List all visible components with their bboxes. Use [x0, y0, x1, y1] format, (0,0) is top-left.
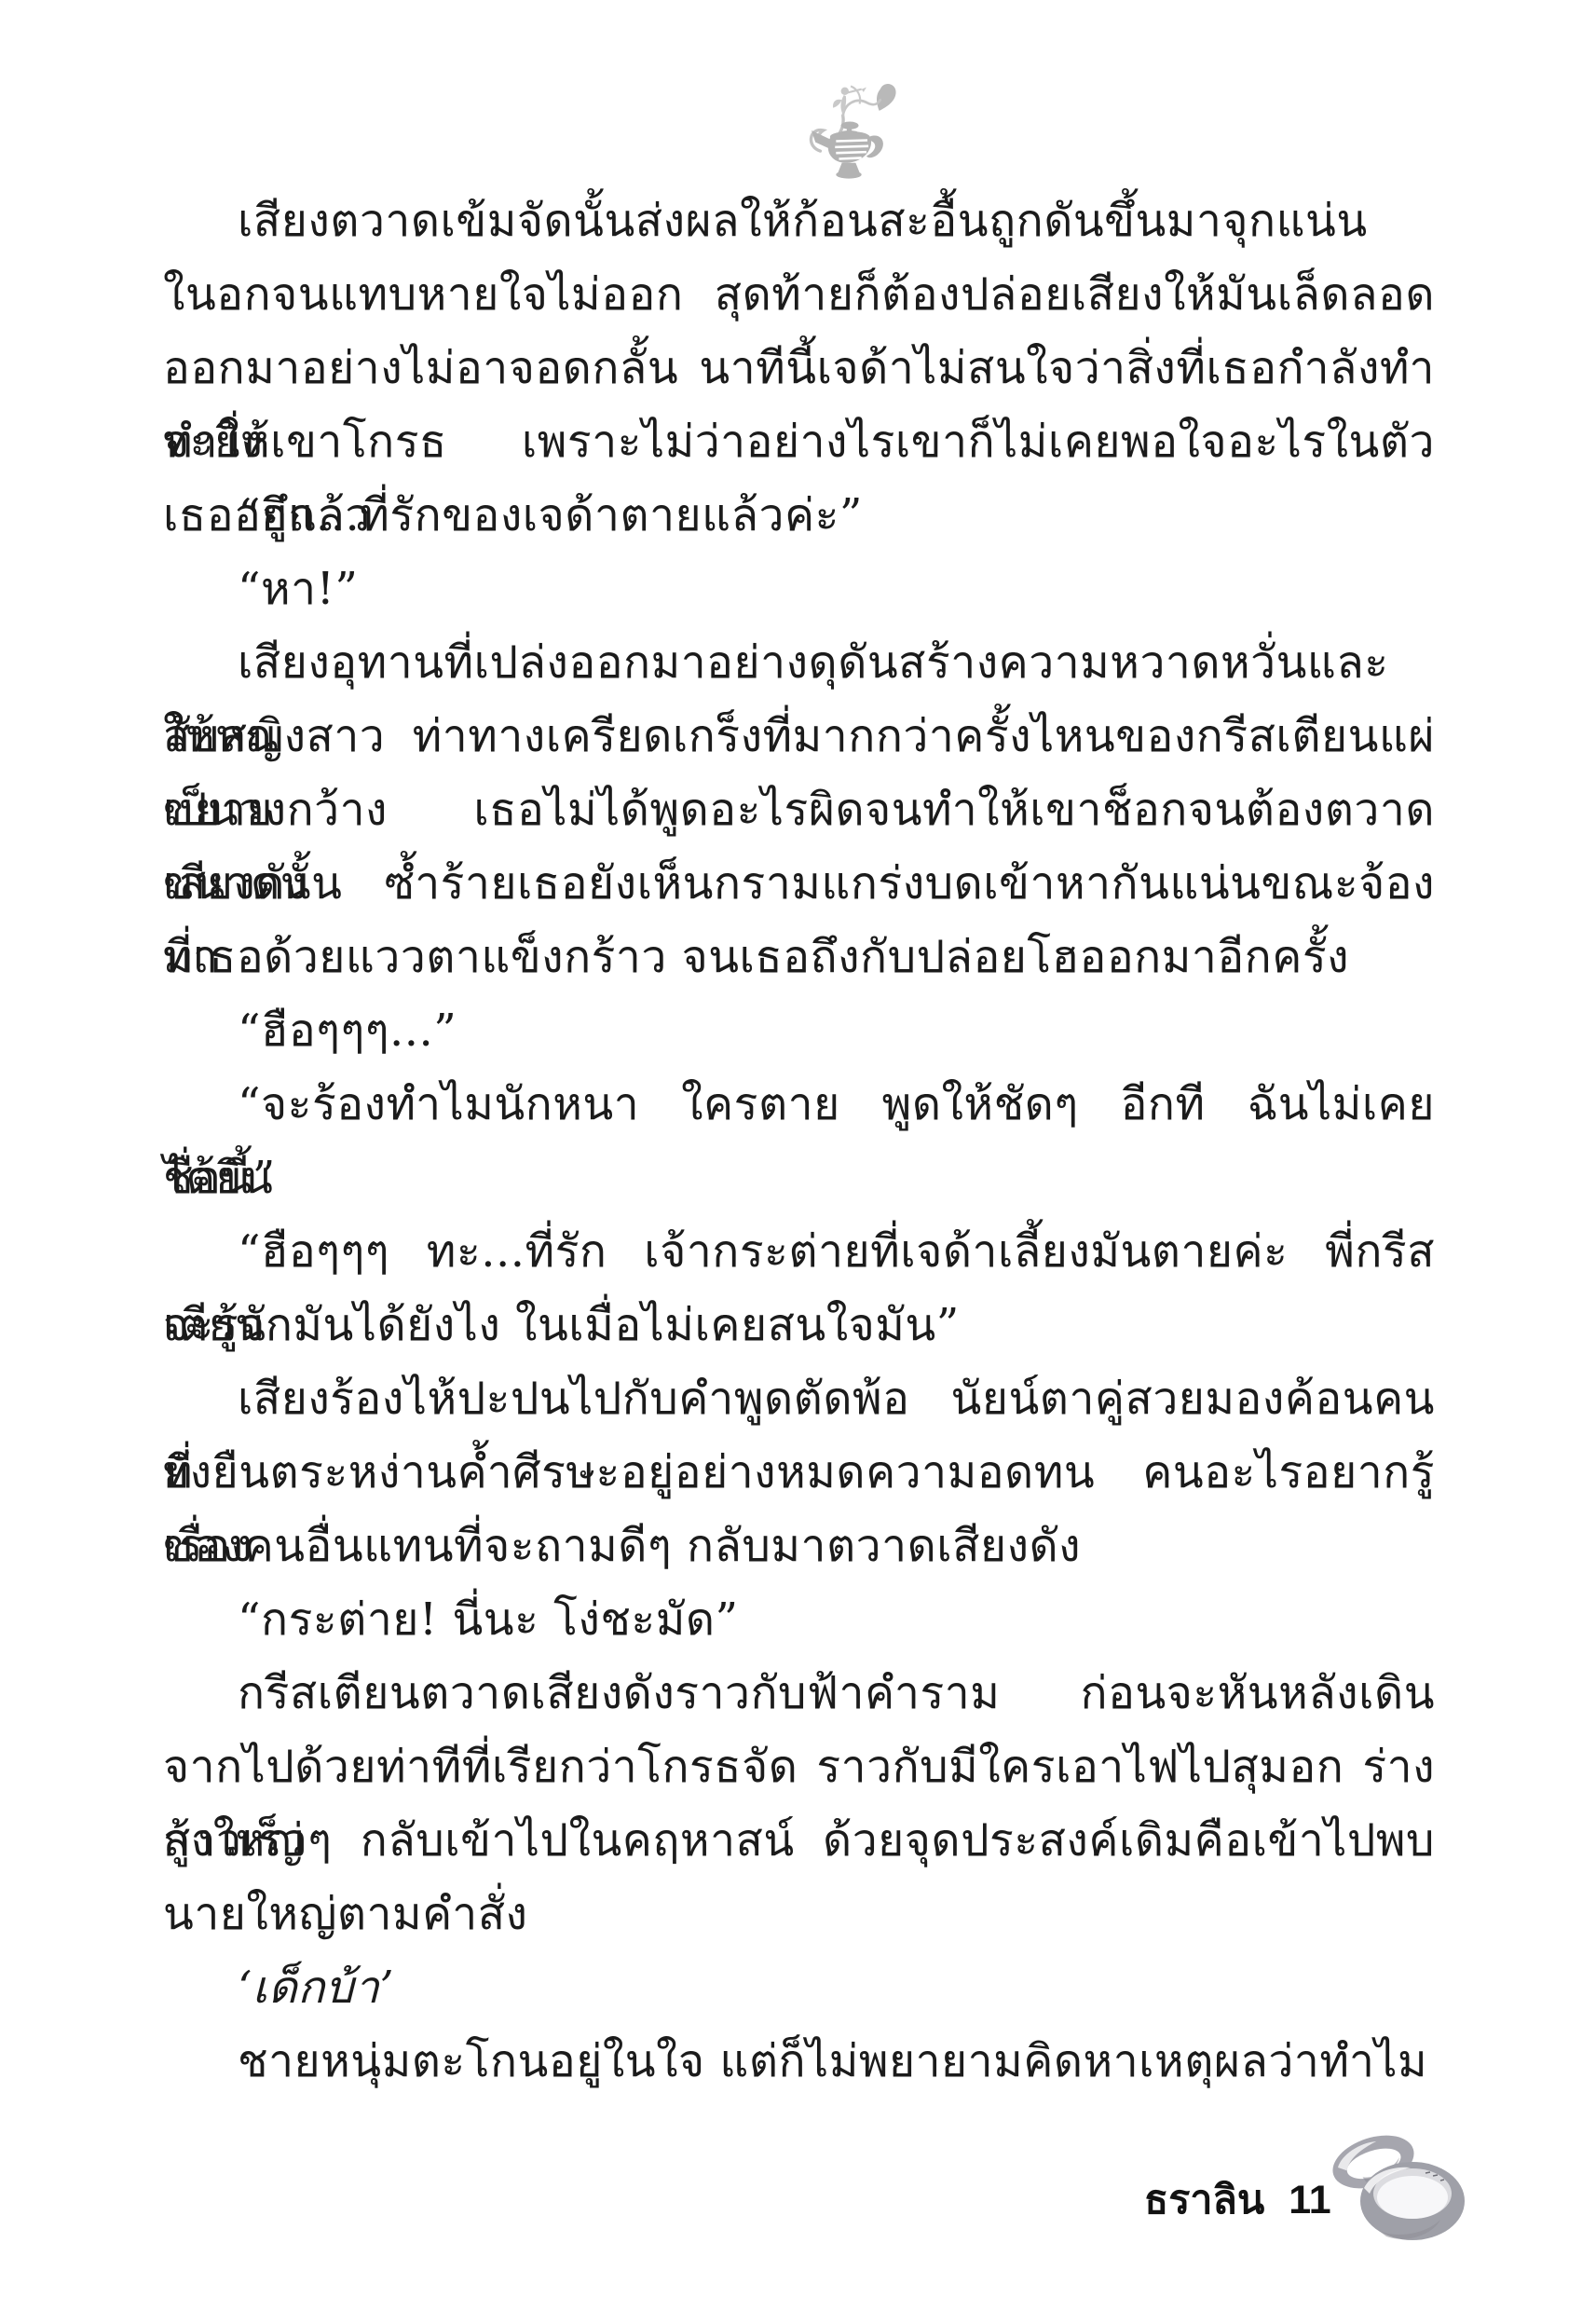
text-line: นายใหญ่ตามคำสั่ง	[163, 1878, 1435, 1951]
text-line: ในอกจนแทบหายใจไม่ออก สุดท้ายก็ต้องปล่อยเ…	[163, 258, 1435, 332]
text-line: จากไปด้วยท่าทีที่เรียกว่าโกรธจัด ราวกับม…	[163, 1730, 1435, 1804]
text-line: ‘เด็กบ้า’	[163, 1951, 1435, 2025]
text-line: ของคนอื่นแทนที่จะถามดีๆ กลับมาตวาดเสียงด…	[163, 1510, 1435, 1583]
text-line: ที่เธอด้วยแววตาแข็งกร้าว จนเธอถึงกับปล่อ…	[163, 921, 1435, 994]
text-line: “หา!”	[163, 553, 1435, 626]
text-line: เป็นวงกว้าง เธอไม่ได้พูดอะไรผิดจนทำให้เข…	[163, 773, 1435, 847]
text-line: “อึก...ที่รักของเจด้าตายแล้วค่ะ”	[163, 479, 1435, 553]
text-line: ให้หญิงสาว ท่าทางเครียดเกร็งที่มากกว่าคร…	[163, 700, 1435, 773]
page-footer: ธราลิน 11	[1144, 2167, 1312, 2231]
text-line: ออกมาอย่างไม่อาจอดกลั้น นาทีนี้เจด้าไม่ส…	[163, 332, 1435, 405]
book-page: เสียงตวาดเข้มจัดนั้นส่งผลให้ก้อนสะอื้นถู…	[0, 0, 1596, 2311]
text-line: ชายหนุ่มตะโกนอยู่ในใจ แต่ก็ไม่พยายามคิดห…	[163, 2025, 1435, 2099]
book-title: ธราลิน	[1144, 2167, 1264, 2231]
text-line: เสียงอุทานที่เปล่งออกมาอย่างดุดันสร้างคว…	[163, 626, 1435, 700]
text-line: ก้าวเร็วๆ กลับเข้าไปในคฤหาสน์ ด้วยจุดประ…	[163, 1804, 1435, 1878]
text-line: จะรู้จักมันได้ยังไง ในเมื่อไม่เคยสนใจมัน…	[163, 1289, 1435, 1362]
body-text: เสียงตวาดเข้มจัดนั้นส่งผลให้ก้อนสะอื้นถู…	[163, 185, 1435, 2099]
text-line: กรีสเตียนตวาดเสียงดังราวกับฟ้าคำราม ก่อน…	[163, 1657, 1435, 1730]
text-line: “ฮือๆๆๆ...”	[163, 994, 1435, 1068]
text-line: เสียงตวาดเข้มจัดนั้นส่งผลให้ก้อนสะอื้นถู…	[163, 185, 1435, 258]
text-line: ยังยืนตระหง่านค้ำศีรษะอยู่อย่างหมดความอด…	[163, 1436, 1435, 1510]
text-line: ชื่อนี้”	[163, 1142, 1435, 1215]
text-line: เสียงร้องไห้ปะปนไปกับคำพูดตัดพ้อ นัยน์ตา…	[163, 1362, 1435, 1436]
wedding-rings-icon	[1325, 2125, 1472, 2251]
text-line: “กระต่าย! นี่นะ โง่ชะมัด”	[163, 1583, 1435, 1657]
text-line: “ฮือๆๆๆ ทะ...ที่รัก เจ้ากระต่ายที่เจด้าเ…	[163, 1215, 1435, 1289]
text-line: ขนาดนั้น ซ้ำร้ายเธอยังเห็นกรามแกร่งบดเข้…	[163, 847, 1435, 921]
genie-lamp-cupid-heart-ornament-icon	[794, 76, 904, 186]
text-line: ทำให้เขาโกรธ เพราะไม่ว่าอย่างไรเขาก็ไม่เ…	[163, 405, 1435, 479]
text-line: “จะร้องทำไมนักหนา ใครตาย พูดให้ชัดๆ อีกท…	[163, 1068, 1435, 1142]
